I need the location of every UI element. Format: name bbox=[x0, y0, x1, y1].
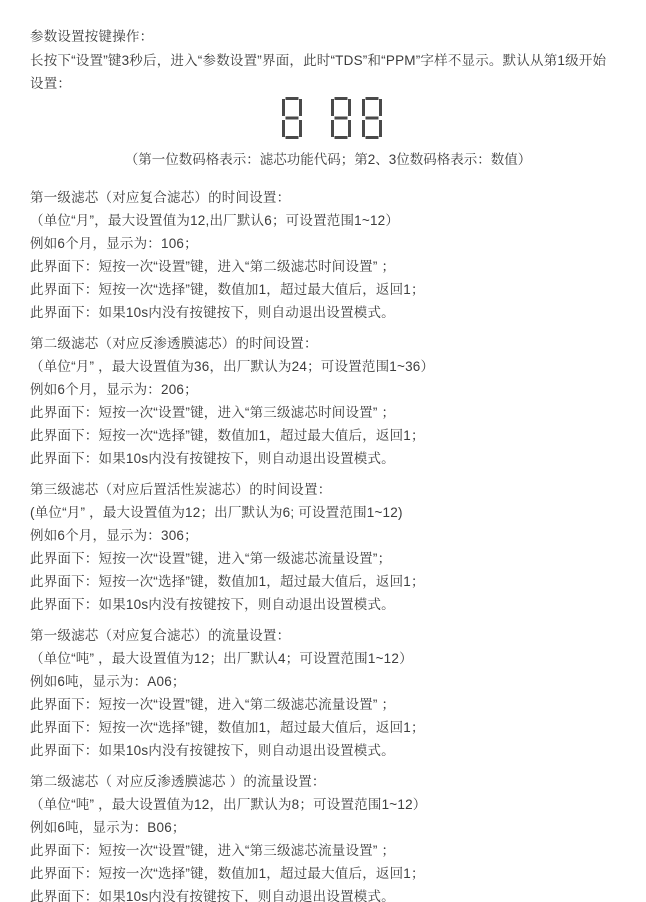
seven-segment-digit bbox=[282, 97, 302, 139]
section-line: 例如6个月，显示为：206； bbox=[30, 378, 626, 401]
seven-segment-display bbox=[30, 97, 626, 139]
section-line: 此界面下：短按一次“选择”键，数值加1，超过最大值后，返回1； bbox=[30, 716, 626, 739]
filter-section-2: 第二级滤芯（对应反渗透膜滤芯）的时间设置：（单位“月” ，最大设置值为36，出厂… bbox=[30, 332, 626, 470]
manual-page: 参数设置按键操作： 长按下“设置”键3秒后，进入“参数设置”界面，此时“TDS”… bbox=[0, 0, 646, 902]
seven-segment-digit bbox=[331, 97, 351, 139]
section-line: 此界面下：短按一次“选择”键，数值加1，超过最大值后，返回1； bbox=[30, 570, 626, 593]
section-line: （单位“吨” ，最大设置值为12，出厂默认为8；可设置范围1~12） bbox=[30, 793, 626, 816]
section-line: 此界面下：如果10s内没有按键按下，则自动退出设置模式。 bbox=[30, 447, 626, 470]
section-line: 例如6个月，显示为：106； bbox=[30, 232, 626, 255]
section-line: (单位“月” ，最大设置值为12；出厂默认为6; 可设置范围1~12) bbox=[30, 501, 626, 524]
sections: 第一级滤芯（对应复合滤芯）的时间设置：（单位“月”，最大设置值为12,出厂默认6… bbox=[30, 186, 626, 902]
section-heading: 第三级滤芯（对应后置活性炭滤芯）的时间设置： bbox=[30, 478, 626, 501]
filter-section-4: 第一级滤芯（对应复合滤芯）的流量设置：（单位“吨” ，最大设置值为12；出厂默认… bbox=[30, 624, 626, 762]
section-line: （单位“月” ，最大设置值为36，出厂默认为24；可设置范围1~36） bbox=[30, 355, 626, 378]
section-line: 此界面下：短按一次“设置”键，进入“第二级滤芯流量设置” ； bbox=[30, 693, 626, 716]
section-heading: 第一级滤芯（对应复合滤芯）的流量设置： bbox=[30, 624, 626, 647]
section-line: 例如6个月，显示为：306； bbox=[30, 524, 626, 547]
intro-paragraph: 参数设置按键操作： 长按下“设置”键3秒后，进入“参数设置”界面，此时“TDS”… bbox=[30, 25, 626, 96]
section-heading: 第一级滤芯（对应复合滤芯）的时间设置： bbox=[30, 186, 626, 209]
intro-title: 参数设置按键操作： bbox=[30, 25, 626, 49]
filter-section-5: 第二级滤芯（ 对应反渗透膜滤芯 ）的流量设置：（单位“吨” ，最大设置值为12，… bbox=[30, 770, 626, 902]
section-line: 此界面下：如果10s内没有按键按下，则自动退出设置模式。 bbox=[30, 885, 626, 902]
section-line: 此界面下：如果10s内没有按键按下，则自动退出设置模式。 bbox=[30, 301, 626, 324]
section-line: 此界面下：如果10s内没有按键按下，则自动退出设置模式。 bbox=[30, 739, 626, 762]
section-line: 此界面下：短按一次“选择”键，数值加1，超过最大值后，返回1； bbox=[30, 424, 626, 447]
intro-line: 设置： bbox=[30, 72, 626, 96]
section-heading: 第二级滤芯（ 对应反渗透膜滤芯 ）的流量设置： bbox=[30, 770, 626, 793]
section-heading: 第二级滤芯（对应反渗透膜滤芯）的时间设置： bbox=[30, 332, 626, 355]
section-line: （单位“吨” ，最大设置值为12；出厂默认4；可设置范围1~12） bbox=[30, 647, 626, 670]
section-line: 此界面下：短按一次“设置”键，进入“第一级滤芯流量设置”； bbox=[30, 547, 626, 570]
intro-line: 长按下“设置”键3秒后，进入“参数设置”界面，此时“TDS”和“PPM”字样不显… bbox=[30, 49, 626, 73]
section-line: 此界面下：短按一次“选择”键，数值加1，超过最大值后，返回1； bbox=[30, 862, 626, 885]
section-line: 此界面下：短按一次“设置”键，进入“第三级滤芯流量设置” ； bbox=[30, 839, 626, 862]
display-caption: （第一位数码格表示：滤芯功能代码；第2、3位数码格表示：数值） bbox=[30, 148, 626, 171]
section-line: 此界面下：如果10s内没有按键按下，则自动退出设置模式。 bbox=[30, 593, 626, 616]
section-line: 例如6吨，显示为：A06； bbox=[30, 670, 626, 693]
section-line: （单位“月”，最大设置值为12,出厂默认6；可设置范围1~12） bbox=[30, 209, 626, 232]
section-line: 例如6吨，显示为：B06； bbox=[30, 816, 626, 839]
filter-section-1: 第一级滤芯（对应复合滤芯）的时间设置：（单位“月”，最大设置值为12,出厂默认6… bbox=[30, 186, 626, 324]
filter-section-3: 第三级滤芯（对应后置活性炭滤芯）的时间设置：(单位“月” ，最大设置值为12；出… bbox=[30, 478, 626, 616]
section-line: 此界面下：短按一次“设置”键，进入“第三级滤芯时间设置” ； bbox=[30, 401, 626, 424]
section-line: 此界面下：短按一次“选择”键，数值加1，超过最大值后，返回1； bbox=[30, 278, 626, 301]
seven-segment-digit bbox=[362, 97, 382, 139]
section-line: 此界面下：短按一次“设置”键，进入“第二级滤芯时间设置” ； bbox=[30, 255, 626, 278]
